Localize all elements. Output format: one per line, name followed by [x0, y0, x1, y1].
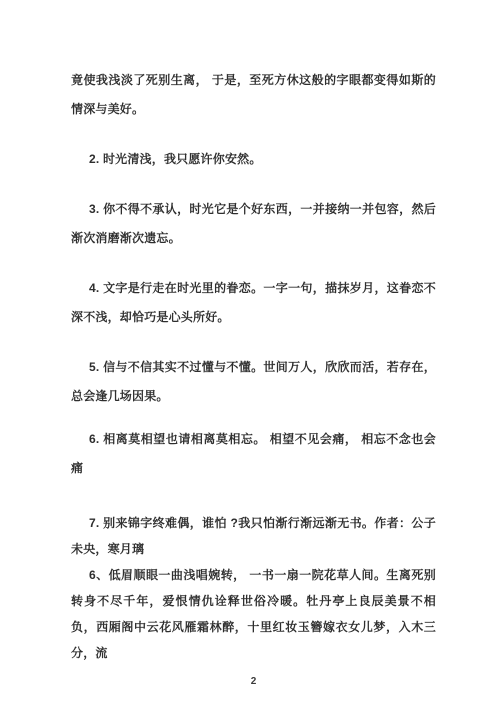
page-number: 2	[71, 675, 436, 689]
list-item-3: 3. 你不得不承认，时光它是个好东西，一并接纳一并包容，然后渐次消磨渐次遗忘。	[71, 195, 436, 253]
list-item-5: 5. 信与不信其实不过懂与不懂。世间万人，欣欣而活，若存在，总会逢几场因果。	[71, 353, 436, 411]
list-item-2: 2. 时光清浅，我只愿许你安然。	[71, 145, 436, 174]
paragraph-closing: 6、低眉顺眼一曲浅唱婉转， 一书一扇一院花草人间。生离死别转身不尽千年，爱恨情仇…	[71, 562, 436, 666]
document-page: 竟使我浅淡了死别生离， 于是，至死方休这般的字眼都变得如斯的情深与美好。 2. …	[0, 0, 500, 708]
list-item-6: 6. 相离莫相望也请相离莫相忘。 相望不见会痛， 相忘不念也会痛	[71, 425, 436, 483]
list-item-4: 4. 文字是行走在时光里的眷恋。一字一句，描抹岁月，这眷恋不深不浅，却恰巧是心头…	[71, 274, 436, 332]
list-item-7: 7. 别来锦字终难偶，谁怕 ?我只怕渐行渐远渐无书。作者：公子未央，寒月璃	[71, 510, 436, 562]
paragraph-continuation: 竟使我浅淡了死别生离， 于是，至死方休这般的字眼都变得如斯的情深与美好。	[71, 66, 436, 124]
